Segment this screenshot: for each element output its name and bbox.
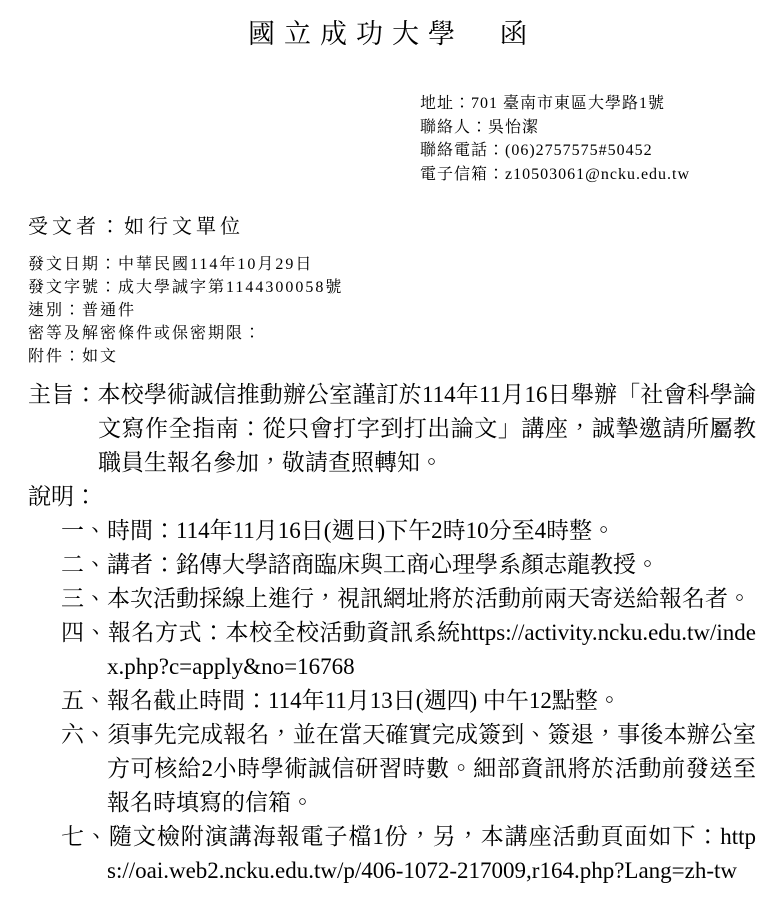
meta-attachment: 附件：如文: [28, 345, 756, 368]
item-prefix: 七、: [61, 824, 109, 849]
item-text: 時間：114年11月16日(週日)下午2時10分至4時整。: [107, 518, 615, 543]
document-title: 國立成功大學 函: [28, 12, 756, 51]
explanation-item-3: 三、本次活動採線上進行，視訊網址將於活動前兩天寄送給報名者。: [61, 582, 756, 616]
explanation-label: 說明：: [28, 480, 756, 514]
explanation-item-7: 七、隨文檢附演講海報電子檔1份，另，本講座活動頁面如下：https://oai.…: [61, 820, 756, 888]
explanation-item-6: 六、須事先完成報名，並在當天確實完成簽到、簽退，事後本辦公室方可核給2小時學術誠…: [61, 718, 756, 820]
item-text: 報名方式：本校全校活動資訊系統: [108, 620, 460, 645]
meta-doc-number: 發文字號：成大學誠字第1144300058號: [28, 276, 756, 299]
meta-issue-date: 發文日期：中華民國114年10月29日: [28, 253, 756, 276]
item-prefix: 五、: [61, 688, 107, 713]
official-letter-page: 國立成功大學 函 地址：701 臺南市東區大學路1號 聯絡人：吳怡潔 聯絡電話：…: [0, 0, 782, 888]
explanation-item-4: 四、報名方式：本校全校活動資訊系統https://activity.ncku.e…: [61, 616, 756, 684]
letter-body: 主旨：本校學術誠信推動辦公室謹訂於114年11月16日舉辦「社會科學論文寫作全指…: [28, 378, 756, 888]
item-text: 隨文檢附演講海報電子檔1份，另，本講座活動頁面如下：: [109, 824, 720, 849]
contact-phone: 聯絡電話：(06)2757575#50452: [420, 139, 756, 163]
item-prefix: 一、: [61, 518, 107, 543]
item-prefix: 六、: [61, 722, 107, 747]
meta-security: 密等及解密條件或保密期限：: [28, 322, 756, 345]
contact-address: 地址：701 臺南市東區大學路1號: [420, 92, 756, 116]
item-prefix: 四、: [61, 620, 108, 645]
subject-label: 主旨：: [28, 382, 98, 407]
explanation-item-2: 二、講者：銘傳大學諮商臨床與工商心理學系顏志龍教授。: [61, 548, 756, 582]
item-prefix: 二、: [61, 552, 107, 577]
subject-paragraph: 主旨：本校學術誠信推動辦公室謹訂於114年11月16日舉辦「社會科學論文寫作全指…: [28, 378, 756, 480]
recipient-line: 受文者：如行文單位: [28, 210, 756, 239]
explanation-item-1: 一、時間：114年11月16日(週日)下午2時10分至4時整。: [61, 514, 756, 548]
item-text: 報名截止時間：114年11月13日(週四) 中午12點整。: [107, 688, 621, 713]
item-prefix: 三、: [61, 586, 107, 611]
contact-block: 地址：701 臺南市東區大學路1號 聯絡人：吳怡潔 聯絡電話：(06)27575…: [420, 92, 756, 186]
item-text: 本次活動採線上進行，視訊網址將於活動前兩天寄送給報名者。: [107, 586, 751, 611]
contact-email: 電子信箱：z10503061@ncku.edu.tw: [420, 163, 756, 187]
meta-block: 發文日期：中華民國114年10月29日 發文字號：成大學誠字第114430005…: [28, 253, 756, 368]
item-text: 須事先完成報名，並在當天確實完成簽到、簽退，事後本辦公室方可核給2小時學術誠信研…: [107, 722, 756, 815]
subject-text: 本校學術誠信推動辦公室謹訂於114年11月16日舉辦「社會科學論文寫作全指南：從…: [98, 382, 756, 475]
contact-person: 聯絡人：吳怡潔: [420, 116, 756, 140]
meta-priority: 速別：普通件: [28, 299, 756, 322]
explanation-item-5: 五、報名截止時間：114年11月13日(週四) 中午12點整。: [61, 684, 756, 718]
item-text: 講者：銘傳大學諮商臨床與工商心理學系顏志龍教授。: [107, 552, 659, 577]
